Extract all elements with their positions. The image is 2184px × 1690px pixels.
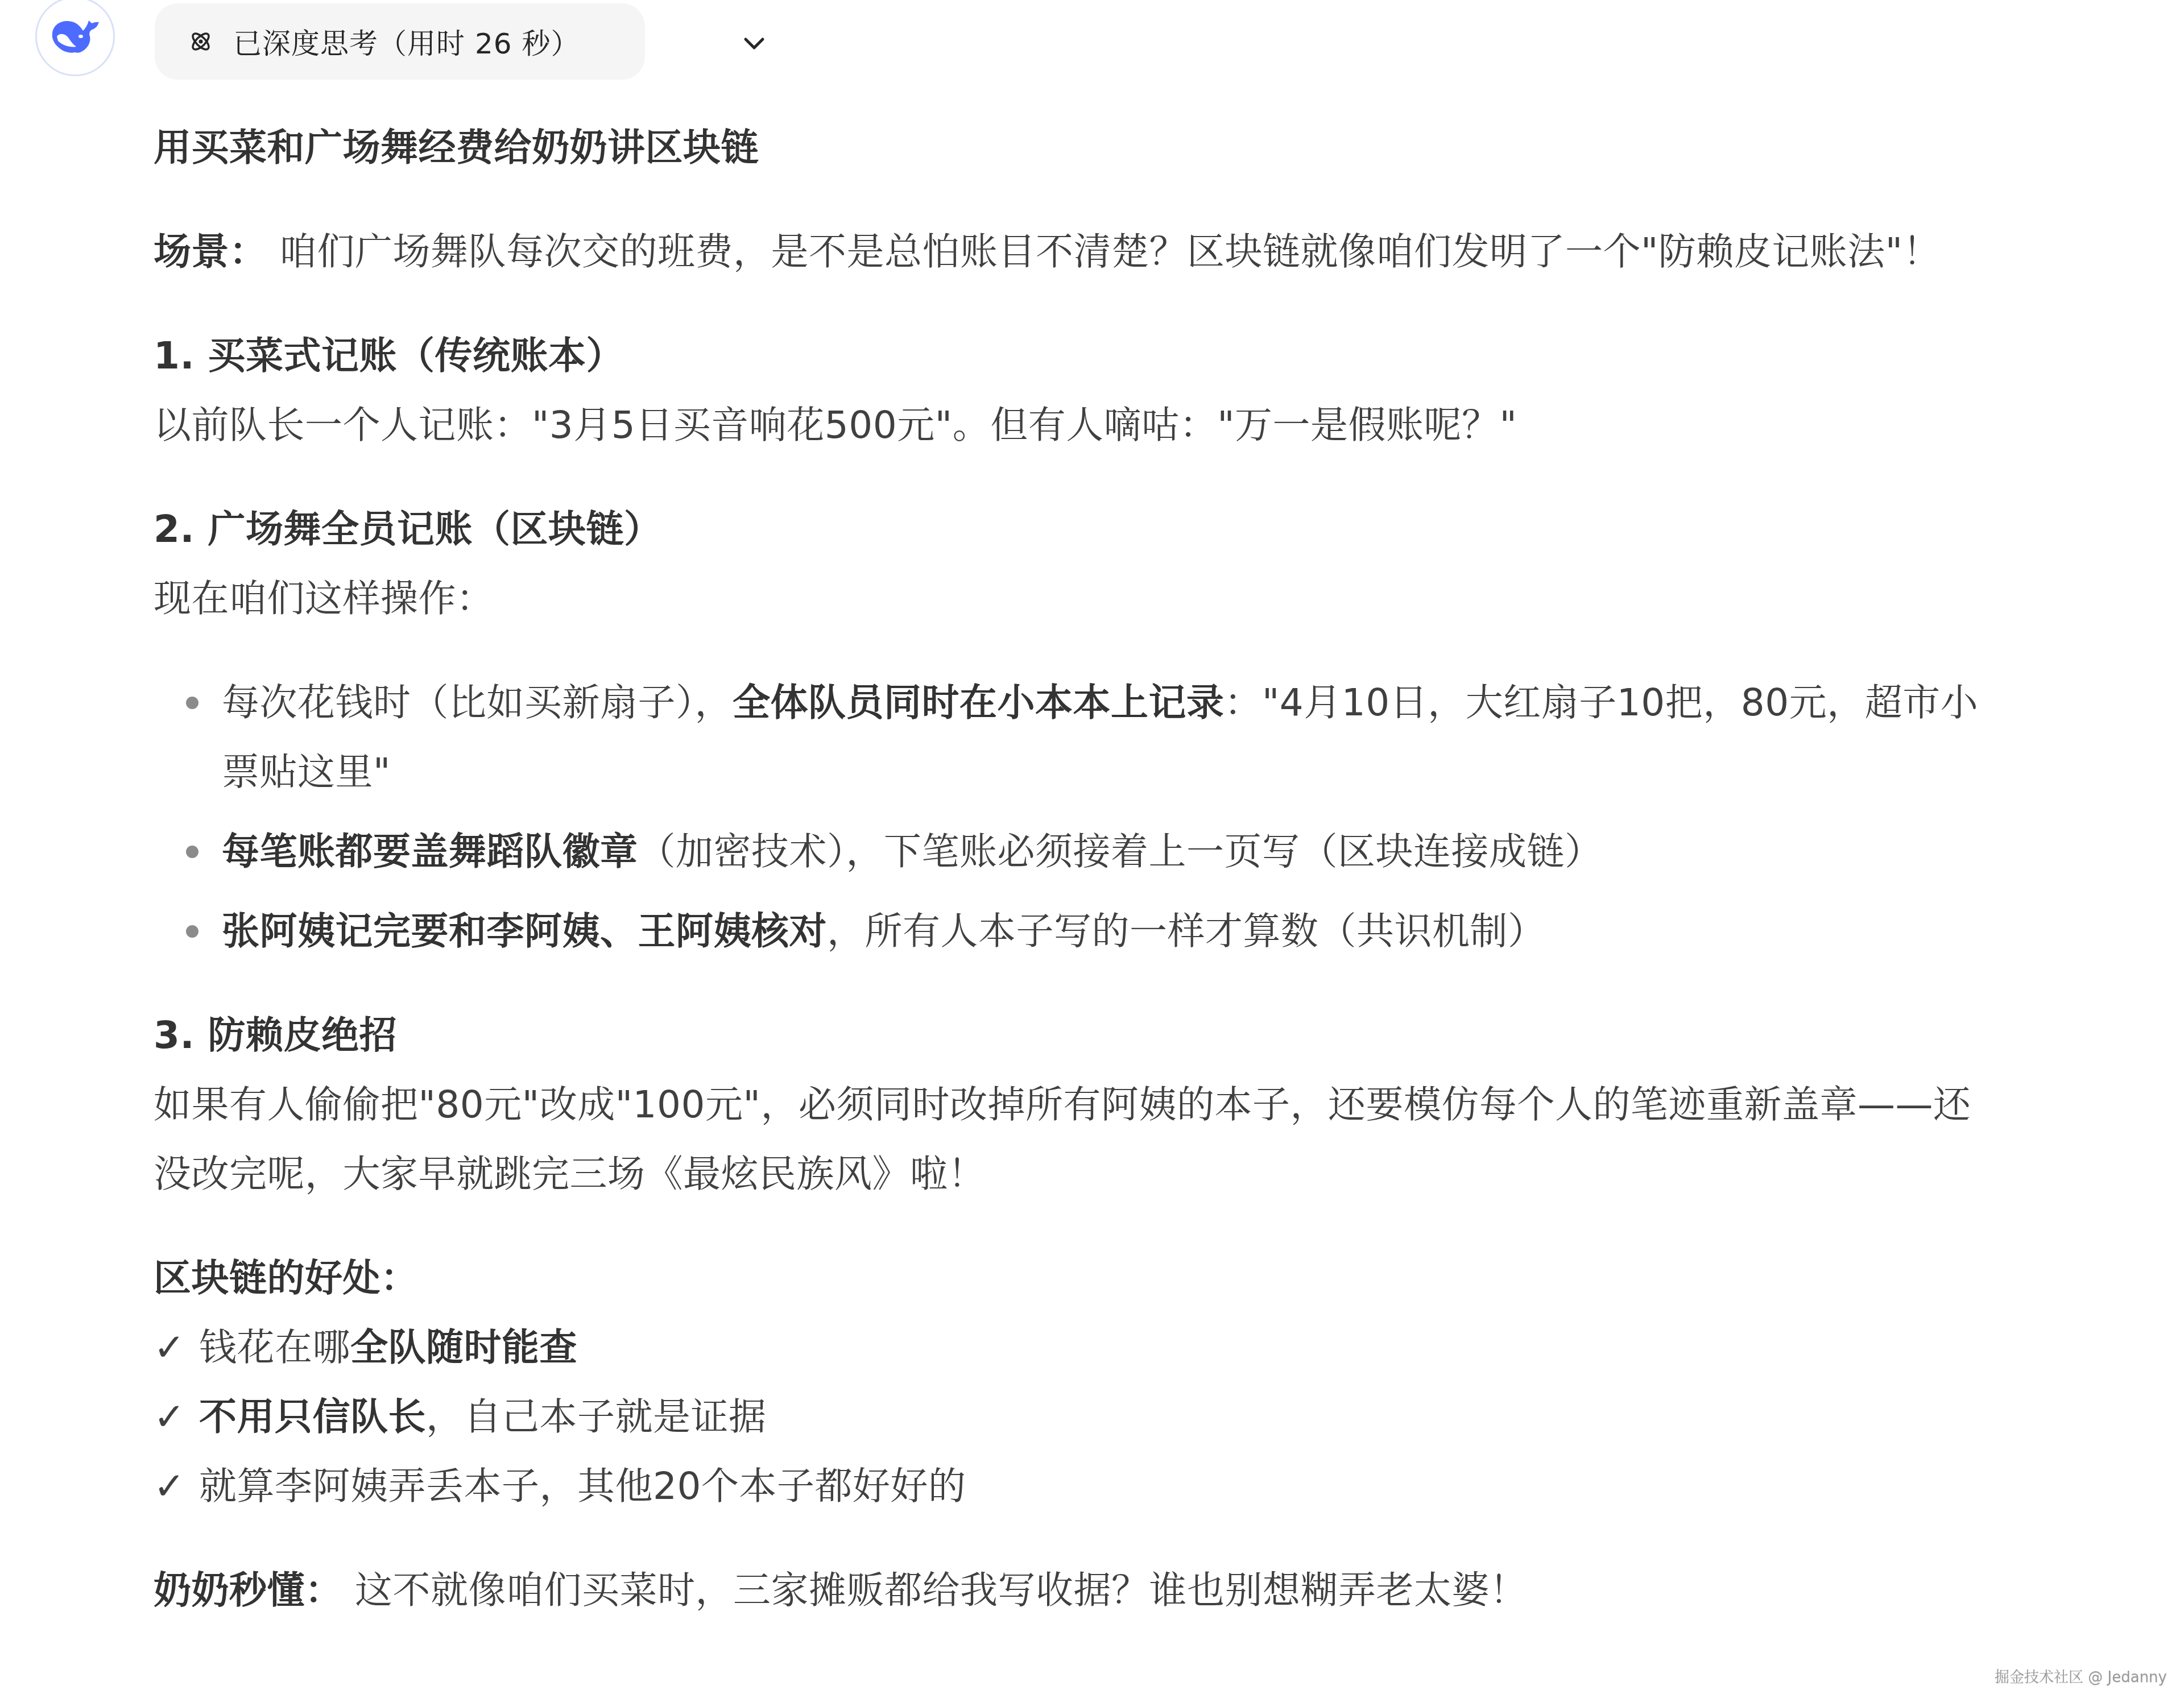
check-icon: ✓ [154, 1313, 199, 1382]
bullet-dot [186, 925, 198, 938]
section2-body: 现在咱们这样操作： [154, 564, 1979, 633]
benefit-text: ，自己本子就是证据 [426, 1395, 767, 1439]
benefits-heading: 区块链的好处： [154, 1244, 1979, 1313]
benefit-text: 就算李阿姨弄丢本子，其他20个本子都好好的 [199, 1464, 966, 1508]
benefit-item: ✓钱花在哪全队随时能查 [154, 1313, 1979, 1382]
bullet-text: （加密技术），下笔账必须接着上一页写（区块连接成链） [638, 830, 1603, 873]
conclusion-paragraph: 奶奶秒懂： 这不就像咱们买菜时，三家摊贩都给我写收据？谁也别想糊弄老太婆！ [154, 1556, 1979, 1625]
benefit-bold-text: 不用只信队长 [199, 1395, 426, 1439]
bullet-bold-text: 张阿姨记完要和李阿姨、王阿姨核对 [222, 909, 827, 953]
section1-body: 以前队长一个人记账："3月5日买音响花500元"。但有人嘀咕："万一是假账呢？" [154, 391, 1979, 460]
bullet-text: 每次花钱时（比如买新扇子）， [222, 681, 733, 724]
benefit-item: ✓不用只信队长，自己本子就是证据 [154, 1382, 1979, 1452]
answer-title: 用买菜和广场舞经费给奶奶讲区块链 [154, 113, 1979, 183]
watermark: 掘金技术社区 @ Jedanny [1995, 1666, 2167, 1687]
scene-label: 场景： [154, 230, 267, 274]
benefit-bold-text: 全队随时能查 [350, 1326, 577, 1369]
bullet-text: ，所有人本子写的一样才算数（共识机制） [827, 909, 1546, 953]
bullet-dot [186, 697, 198, 709]
conclusion-text: 这不就像咱们买菜时，三家摊贩都给我写收据？谁也别想糊弄老太婆！ [343, 1568, 1528, 1612]
section3-heading: 3. 防赖皮绝招 [154, 1001, 1979, 1070]
deep-thinking-toggle[interactable]: 已深度思考（用时 26 秒） [155, 3, 645, 80]
conclusion-label: 奶奶秒懂： [154, 1568, 343, 1612]
deepseek-whale-icon [48, 16, 102, 57]
list-item: 张阿姨记完要和李阿姨、王阿姨核对，所有人本子写的一样才算数（共识机制） [154, 897, 1979, 966]
section2-bullet-list: 每次花钱时（比如买新扇子），全体队员同时在小本本上记录："4月10日，大红扇子1… [154, 668, 1979, 966]
list-item: 每笔账都要盖舞蹈队徽章（加密技术），下笔账必须接着上一页写（区块连接成链） [154, 817, 1979, 887]
bullet-bold-text: 全体队员同时在小本本上记录 [733, 681, 1225, 724]
assistant-message: 用买菜和广场舞经费给奶奶讲区块链 场景： 咱们广场舞队每次交的班费，是不是总怕账… [154, 113, 1979, 1625]
atom-icon [189, 30, 213, 53]
check-icon: ✓ [154, 1452, 199, 1521]
check-icon: ✓ [154, 1382, 199, 1452]
benefit-text: 钱花在哪 [199, 1326, 350, 1369]
list-item: 每次花钱时（比如买新扇子），全体队员同时在小本本上记录："4月10日，大红扇子1… [154, 668, 1979, 807]
bullet-bold-text: 每笔账都要盖舞蹈队徽章 [222, 830, 638, 873]
scene-paragraph: 场景： 咱们广场舞队每次交的班费，是不是总怕账目不清楚？区块链就像咱们发明了一个… [154, 217, 1979, 287]
section3-body: 如果有人偷偷把"80元"改成"100元"，必须同时改掉所有阿姨的本子，还要模仿每… [154, 1070, 1979, 1209]
assistant-avatar [35, 0, 115, 76]
bullet-dot [186, 846, 198, 858]
scene-text: 咱们广场舞队每次交的班费，是不是总怕账目不清楚？区块链就像咱们发明了一个"防赖皮… [267, 230, 1941, 274]
thinking-duration-label: 已深度思考（用时 26 秒） [233, 21, 580, 62]
benefit-item: ✓就算李阿姨弄丢本子，其他20个本子都好好的 [154, 1452, 1979, 1521]
chevron-down-icon[interactable] [743, 36, 766, 51]
section2-heading: 2. 广场舞全员记账（区块链） [154, 495, 1979, 564]
section1-heading: 1. 买菜式记账（传统账本） [154, 321, 1979, 391]
